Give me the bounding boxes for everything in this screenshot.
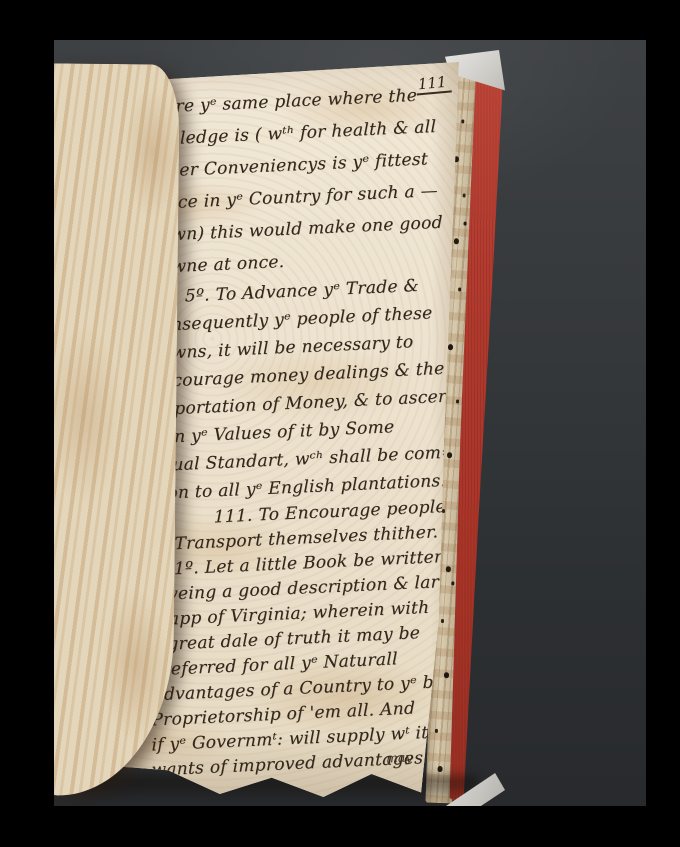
page-number: 111 [416, 73, 452, 96]
photo-backdrop: 111 were yᵉ same place where theColledge… [54, 40, 646, 806]
facing-page-sliver [54, 63, 180, 796]
catchword: may [385, 749, 412, 765]
manuscript-text: were yᵉ same place where theColledge is … [150, 78, 457, 784]
photo-frame: 111 were yᵉ same place where theColledge… [0, 0, 680, 847]
